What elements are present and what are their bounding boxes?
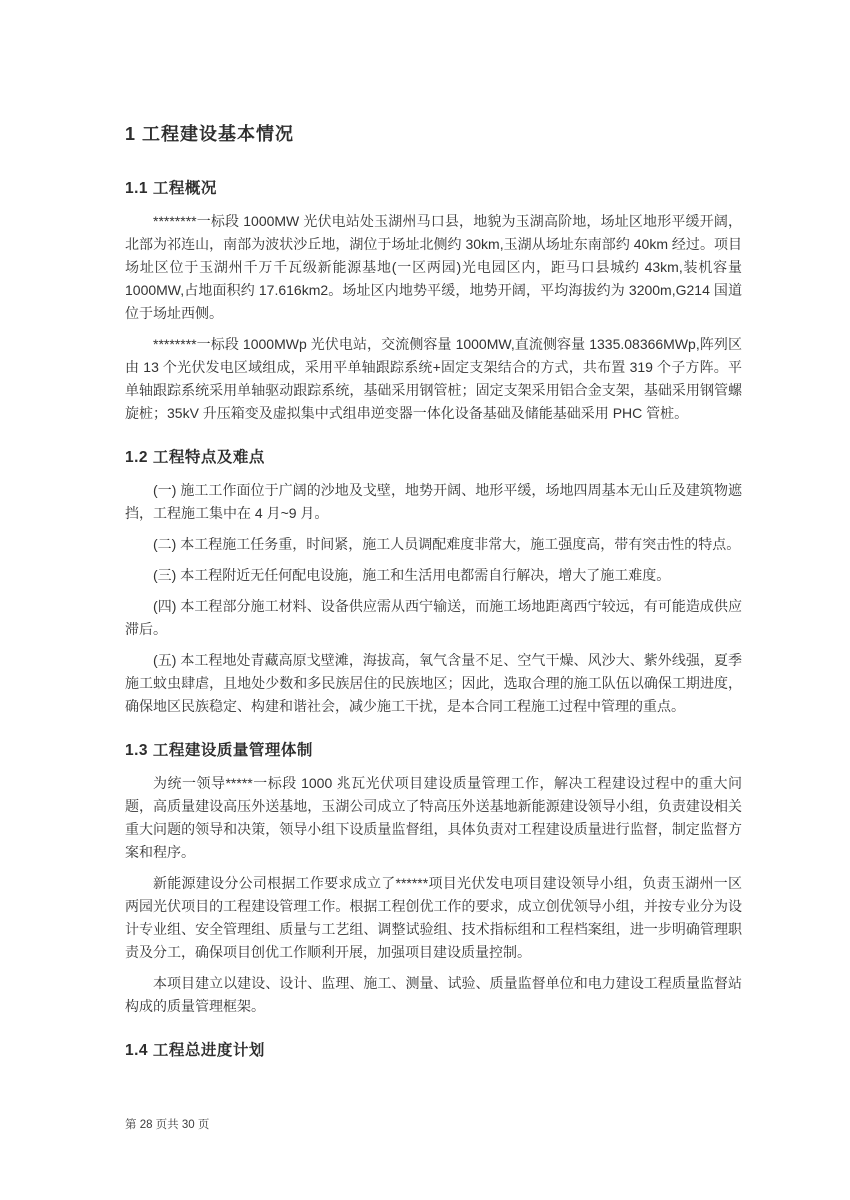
document-content: 1 工程建设基本情况 1.1 工程概况 ********一标段 1000MW 光… — [125, 120, 742, 1072]
document-page: 1 工程建设基本情况 1.1 工程概况 ********一标段 1000MW 光… — [0, 0, 850, 1200]
section-heading-1-3: 1.3 工程建设质量管理体制 — [125, 738, 742, 760]
section-heading-1-4: 1.4 工程总进度计划 — [125, 1038, 742, 1060]
paragraph: 本项目建立以建设、设计、监理、施工、测量、试验、质量监督单位和电力建设工程质量监… — [125, 972, 742, 1018]
chapter-title: 1 工程建设基本情况 — [125, 120, 742, 146]
paragraph: ********一标段 1000MW 光伏电站处玉湖州马口县，地貌为玉湖高阶地，… — [125, 210, 742, 325]
page-footer: 第 28 页共 30 页 — [125, 1116, 209, 1132]
paragraph: ********一标段 1000MWp 光伏电站，交流侧容量 1000MW,直流… — [125, 333, 742, 425]
paragraph: (四) 本工程部分施工材料、设备供应需从西宁输送，而施工场地距离西宁较远，有可能… — [125, 595, 742, 641]
paragraph: 新能源建设分公司根据工作要求成立了******项目光伏发电项目建设领导小组，负责… — [125, 872, 742, 964]
paragraph: (一) 施工工作面位于广阔的沙地及戈壁，地势开阔、地形平缓，场地四周基本无山丘及… — [125, 479, 742, 525]
paragraph: 为统一领导*****一标段 1000 兆瓦光伏项目建设质量管理工作，解决工程建设… — [125, 772, 742, 864]
paragraph: (三) 本工程附近无任何配电设施，施工和生活用电都需自行解决，增大了施工难度。 — [125, 564, 742, 587]
section-heading-1-1: 1.1 工程概况 — [125, 176, 742, 198]
paragraph: (二) 本工程施工任务重，时间紧，施工人员调配难度非常大，施工强度高，带有突击性… — [125, 533, 742, 556]
section-heading-1-2: 1.2 工程特点及难点 — [125, 445, 742, 467]
paragraph: (五) 本工程地处青藏高原戈壁滩，海拔高，氧气含量不足、空气干燥、风沙大、紫外线… — [125, 649, 742, 718]
